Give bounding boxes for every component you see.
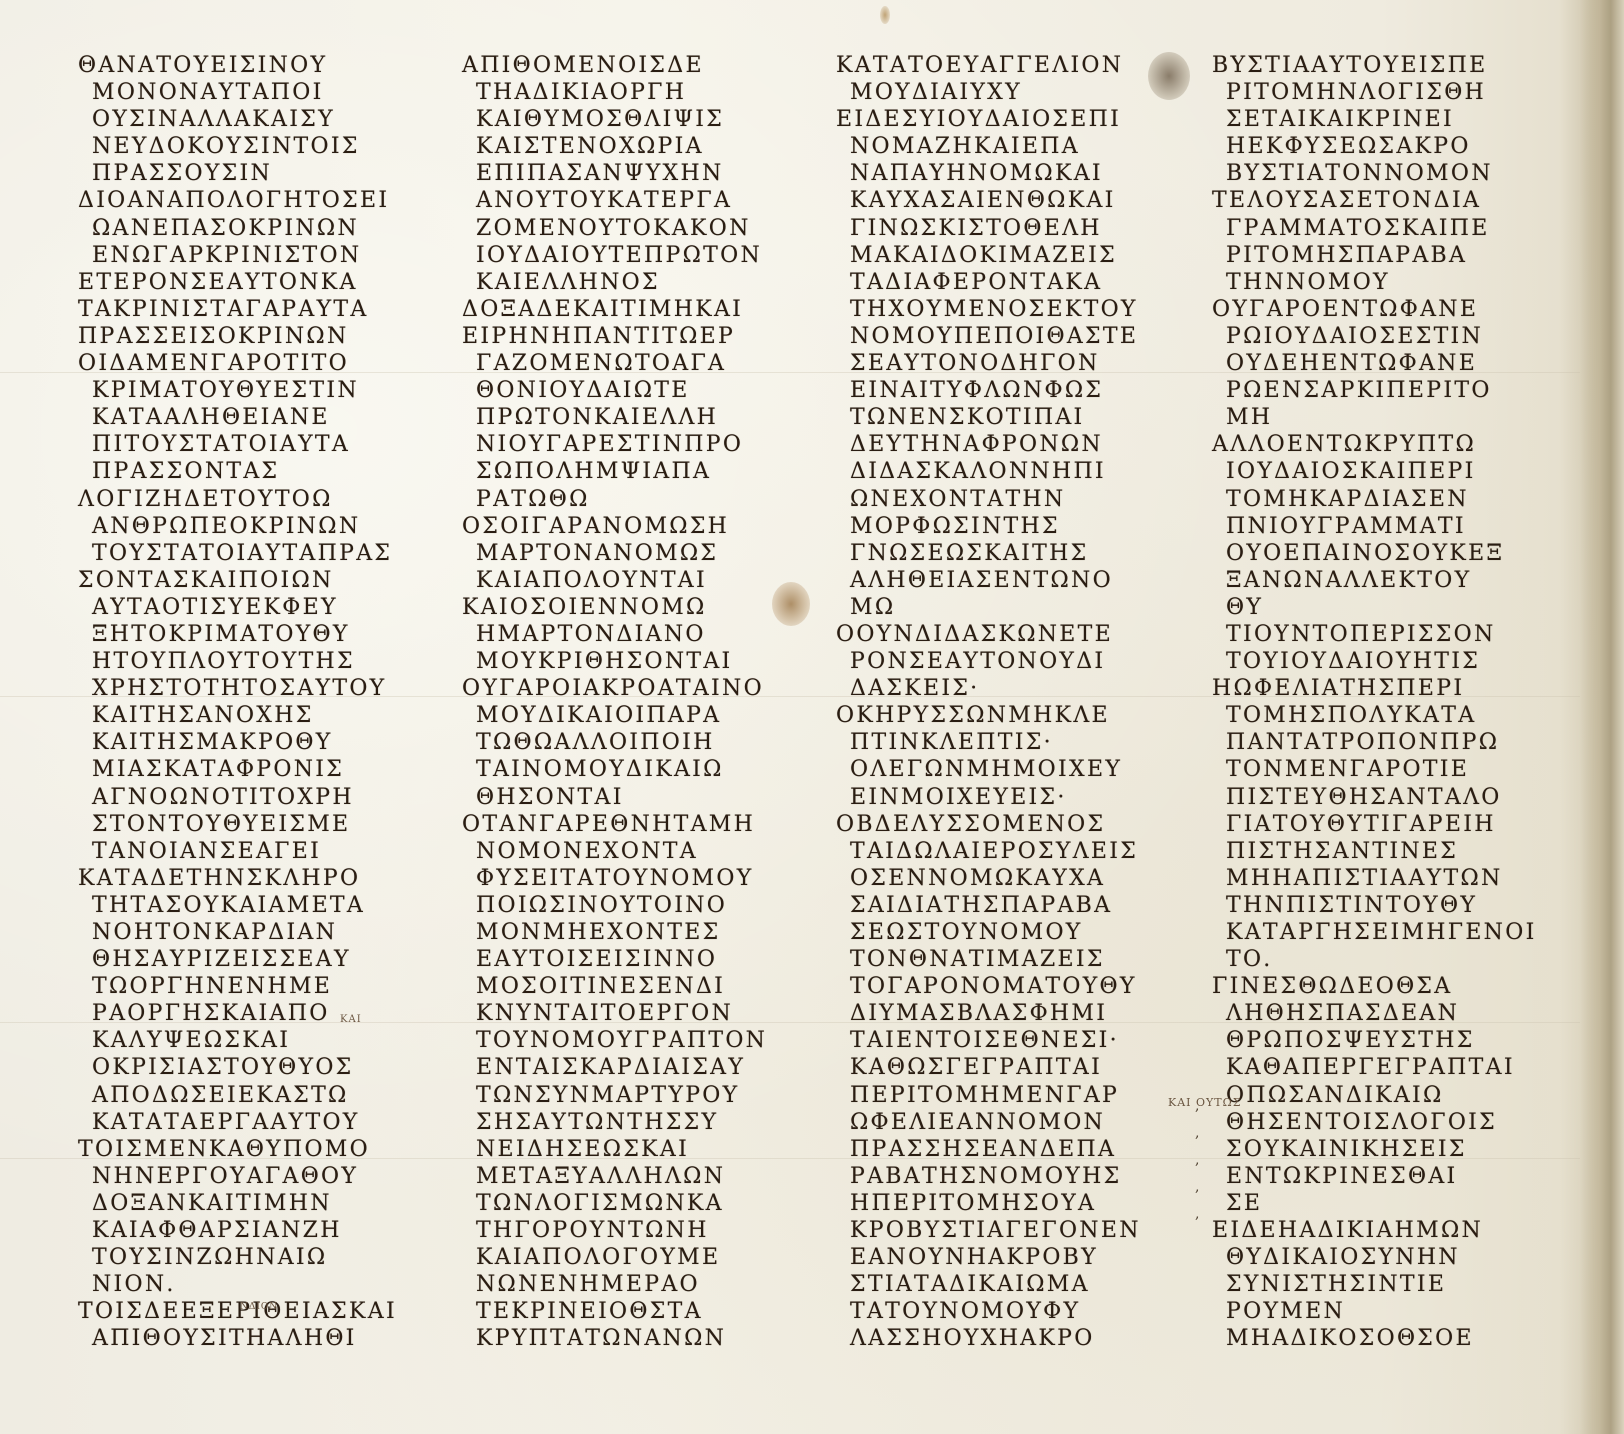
manuscript-line: ΚΑΤΑΤΑΕΡΓΑΑΥΤΟΥ bbox=[78, 1109, 397, 1136]
manuscript-line: ΡΩΙΟΥΔΑΙΟΣΕΣΤΙΝ bbox=[1212, 323, 1537, 350]
manuscript-line: ΔΑΣΚΕΙΣ· bbox=[836, 675, 1141, 702]
quotation-mark: , bbox=[1195, 1179, 1199, 1195]
manuscript-line: ΓΙΝΩΣΚΙΣΤΟΘΕΛΗ bbox=[836, 215, 1141, 242]
manuscript-line: ΛΟΓΙΖΗΔΕΤΟΥΤΟΩ bbox=[78, 486, 397, 513]
manuscript-line: ΤΟΥΙΟΥΔΑΙΟΥΗΤΙΣ bbox=[1212, 648, 1537, 675]
manuscript-line: ΒΥΣΤΙΑΤΟΝΝΟΜΟΝ bbox=[1212, 160, 1537, 187]
manuscript-line: ΞΑΝΩΝΑΛΛΕΚΤΟΥ bbox=[1212, 567, 1537, 594]
manuscript-line: ΧΡΗΣΤΟΤΗΤΟΣΑΥΤΟΥ bbox=[78, 675, 397, 702]
manuscript-line: ΜΟΝΟΝΑΥΤΑΠΟΙ bbox=[78, 79, 397, 106]
manuscript-line: ΣΕΩΣΤΟΥΝΟΜΟΥ bbox=[836, 919, 1141, 946]
manuscript-line: ΚΑΙΟΣΟΙΕΝΝΟΜΩ bbox=[462, 594, 767, 621]
manuscript-line: ΚΡΟΒΥΣΤΙΑΓΕΓΟΝΕΝ bbox=[836, 1217, 1141, 1244]
manuscript-line: ΘΑΝΑΤΟΥΕΙΣΙΝΟΥ bbox=[78, 52, 397, 79]
manuscript-line: ΕΝΩΓΑΡΚΡΙΝΙΣΤΟΝ bbox=[78, 242, 397, 269]
manuscript-line: ΤΟ. bbox=[1212, 946, 1537, 973]
manuscript-line: ΚΑΤΑΔΕΤΗΝΣΚΛΗΡΟ bbox=[78, 865, 397, 892]
manuscript-line: ΣΤΙΑΤΑΔΙΚΑΙΩΜΑ bbox=[836, 1271, 1141, 1298]
manuscript-line: ΟΒΔΕΛΥΣΣΟΜΕΝΟΣ bbox=[836, 811, 1141, 838]
manuscript-line: ΘΥΔΙΚΑΙΟΣΥΝΗΝ bbox=[1212, 1244, 1537, 1271]
manuscript-line: ΘΗΣΟΝΤΑΙ bbox=[462, 784, 767, 811]
manuscript-line: ΟΙΔΑΜΕΝΓΑΡΟΤΙΤΟ bbox=[78, 350, 397, 377]
manuscript-line: ΠΡΑΣΣΟΥΣΙΝ bbox=[78, 160, 397, 187]
manuscript-line: ΔΙΥΜΑΣΒΛΑΣΦΗΜΙ bbox=[836, 1000, 1141, 1027]
manuscript-line: ΕΙΝΜΟΙΧΕΥΕΙΣ· bbox=[836, 784, 1141, 811]
manuscript-line: ΜΟΡΦΩΣΙΝΤΗΣ bbox=[836, 513, 1141, 540]
manuscript-line: ΦΥΣΕΙΤΑΤΟΥΝΟΜΟΥ bbox=[462, 865, 767, 892]
manuscript-line: ΚΑΘΑΠΕΡΓΕΓΡΑΠΤΑΙ bbox=[1212, 1054, 1537, 1081]
manuscript-line: ΗΕΚΦΥΣΕΩΣΑΚΡΟ bbox=[1212, 133, 1537, 160]
quotation-mark: , bbox=[1195, 1125, 1199, 1141]
manuscript-line: ΤΕΛΟΥΣΑΣΕΤΟΝΔΙΑ bbox=[1212, 187, 1537, 214]
manuscript-line: ΑΠΙΘΟΜΕΝΟΙΣΔΕ bbox=[462, 52, 767, 79]
manuscript-line: ΜΩ bbox=[836, 594, 1141, 621]
manuscript-line: ΡΙΤΟΜΗΣΠΑΡΑΒΑ bbox=[1212, 242, 1537, 269]
manuscript-line: ΤΗΝΠΙΣΤΙΝΤΟΥΘΥ bbox=[1212, 892, 1537, 919]
manuscript-line: ΤΗΧΟΥΜΕΝΟΣΕΚΤΟΥ bbox=[836, 296, 1141, 323]
manuscript-line: ΠΡΩΤΟΝΚΑΙΕΛΛΗ bbox=[462, 404, 767, 431]
manuscript-line: ΠΡΑΣΣΕΙΣΟΚΡΙΝΩΝ bbox=[78, 323, 397, 350]
manuscript-line: ΡΑΤΩΘΩ bbox=[462, 486, 767, 513]
manuscript-line: ΕΝΤΑΙΣΚΑΡΔΙΑΙΣΑΥ bbox=[462, 1054, 767, 1081]
manuscript-line: ΑΛΗΘΕΙΑΣΕΝΤΩΝΟ bbox=[836, 567, 1141, 594]
manuscript-line: ΤΟΝΜΕΝΓΑΡΟΤΙΕ bbox=[1212, 756, 1537, 783]
manuscript-line: ΤΟΙΣΔΕΕΞΕΡΙΘΕΙΑΣΚΑΙ bbox=[78, 1298, 397, 1325]
manuscript-line: ΤΟΙΣΜΕΝΚΑΘΥΠΟΜΟ bbox=[78, 1136, 397, 1163]
manuscript-line: ΤΑΤΟΥΝΟΜΟΥΦΥ bbox=[836, 1298, 1141, 1325]
manuscript-line: ΠΕΡΙΤΟΜΗΜΕΝΓΑΡ bbox=[836, 1082, 1141, 1109]
manuscript-line: ΘΡΩΠΟΣΨΕΥΣΤΗΣ bbox=[1212, 1027, 1537, 1054]
manuscript-line: ΩΑΝΕΠΑΣΟΚΡΙΝΩΝ bbox=[78, 215, 397, 242]
manuscript-line: ΤΟΥΣΙΝΖΩΗΝΑΙΩ bbox=[78, 1244, 397, 1271]
manuscript-line: ΗΠΕΡΙΤΟΜΗΣΟΥΑ bbox=[836, 1190, 1141, 1217]
manuscript-line: ΚΑΙΤΗΣΜΑΚΡΟΘΥ bbox=[78, 729, 397, 756]
manuscript-line: ΖΟΜΕΝΟΥΤΟΚΑΚΟΝ bbox=[462, 215, 767, 242]
manuscript-line: ΘΥ bbox=[1212, 594, 1537, 621]
manuscript-line: ΓΙΑΤΟΥΘΥΤΙΓΑΡΕΙΗ bbox=[1212, 811, 1537, 838]
manuscript-line: ΟΚΡΙΣΙΑΣΤΟΥΘΥΟΣ bbox=[78, 1054, 397, 1081]
manuscript-line: ΣΩΠΟΛΗΜΨΙΑΠΑ bbox=[462, 458, 767, 485]
manuscript-line: ΣΑΙΔΙΑΤΗΣΠΑΡΑΒΑ bbox=[836, 892, 1141, 919]
manuscript-line: ΝΑΠΑΥΗΝΟΜΩΚΑΙ bbox=[836, 160, 1141, 187]
manuscript-line: ΜΟΥΚΡΙΘΗΣΟΝΤΑΙ bbox=[462, 648, 767, 675]
manuscript-line: ΣΟΥΚΑΙΝΙΚΗΣΕΙΣ bbox=[1212, 1136, 1537, 1163]
manuscript-line: ΑΝΟΥΤΟΥΚΑΤΕΡΓΑ bbox=[462, 187, 767, 214]
manuscript-line: ΝΙΟΝ. bbox=[78, 1271, 397, 1298]
manuscript-line: ΟΥΔΕΗΕΝΤΩΦΑΝΕ bbox=[1212, 350, 1537, 377]
manuscript-line: ΟΤΑΝΓΑΡΕΘΝΗΤΑΜΗ bbox=[462, 811, 767, 838]
text-column-4: ΒΥΣΤΙΑΑΥΤΟΥΕΙΣΠΕΡΙΤΟΜΗΝΛΟΓΙΣΘΗΣΕΤΑΙΚΑΙΚΡ… bbox=[1212, 52, 1537, 1353]
manuscript-line: ΔΕΥΤΗΝΑΦΡΟΝΩΝ bbox=[836, 431, 1141, 458]
manuscript-line: ΝΟΜΑΖΗΚΑΙΕΠΑ bbox=[836, 133, 1141, 160]
manuscript-line: ΤΟΥΝΟΜΟΥΓΡΑΠΤΟΝ bbox=[462, 1027, 767, 1054]
manuscript-line: ΑΛΛΟΕΝΤΩΚΡΥΠΤΩ bbox=[1212, 431, 1537, 458]
manuscript-line: ΝΕΥΔΟΚΟΥΣΙΝΤΟΙΣ bbox=[78, 133, 397, 160]
manuscript-line: ΜΟΝΜΗΕΧΟΝΤΕΣ bbox=[462, 919, 767, 946]
manuscript-line: ΡΑΒΑΤΗΣΝΟΜΟΥΗΣ bbox=[836, 1163, 1141, 1190]
manuscript-line: ΝΗΝΕΡΓΟΥΑΓΑΘΟΥ bbox=[78, 1163, 397, 1190]
manuscript-line: ΟΣΟΙΓΑΡΑΝΟΜΩΣΗ bbox=[462, 513, 767, 540]
manuscript-line: ΒΥΣΤΙΑΑΥΤΟΥΕΙΣΠΕ bbox=[1212, 52, 1537, 79]
manuscript-line: ΘΗΣΑΥΡΙΖΕΙΣΣΕΑΥ bbox=[78, 946, 397, 973]
manuscript-line: ΝΙΟΥΓΑΡΕΣΤΙΝΠΡΟ bbox=[462, 431, 767, 458]
marginal-note: ΚΑΙ ΟΥΤΩΣ bbox=[1168, 1096, 1242, 1109]
manuscript-line: ΟΠΩΣΑΝΔΙΚΑΙΩ bbox=[1212, 1082, 1537, 1109]
manuscript-line: ΚΑΤΑΤΟΕΥΑΓΓΕΛΙΟΝ bbox=[836, 52, 1141, 79]
manuscript-line: ΕΙΔΕΗΑΔΙΚΙΑΗΜΩΝ bbox=[1212, 1217, 1537, 1244]
manuscript-line: ΤΗΤΑΣΟΥΚΑΙΑΜΕΤΑ bbox=[78, 892, 397, 919]
manuscript-line: ΠΝΙΟΥΓΡΑΜΜΑΤΙ bbox=[1212, 513, 1537, 540]
manuscript-line: ΠΤΙΝΚΛΕΠΤΙΣ· bbox=[836, 729, 1141, 756]
manuscript-line: ΝΕΙΔΗΣΕΩΣΚΑΙ bbox=[462, 1136, 767, 1163]
manuscript-line: ΤΟΜΗΚΑΡΔΙΑΣΕΝ bbox=[1212, 486, 1537, 513]
manuscript-line: ΚΑΥΧΑΣΑΙΕΝΘΩΚΑΙ bbox=[836, 187, 1141, 214]
manuscript-line: ΠΡΑΣΣΟΝΤΑΣ bbox=[78, 458, 397, 485]
manuscript-line: ΚΑΛΥΨΕΩΣΚΑΙ bbox=[78, 1027, 397, 1054]
manuscript-line: ΤΩΟΡΓΗΝΕΝΗΜΕ bbox=[78, 973, 397, 1000]
manuscript-line: ΠΙΣΤΕΥΘΗΣΑΝΤΑΛΟ bbox=[1212, 784, 1537, 811]
manuscript-line: ΜΟΥΔΙΑΙΥΧΥ bbox=[836, 79, 1141, 106]
manuscript-line: ΤΟΝΘΝΑΤΙΜΑΖΕΙΣ bbox=[836, 946, 1141, 973]
manuscript-line: ΣΕ bbox=[1212, 1190, 1537, 1217]
manuscript-line: ΣΗΣΑΥΤΩΝΤΗΣΣΥ bbox=[462, 1109, 767, 1136]
manuscript-line: ΑΥΤΑΟΤΙΣΥΕΚΦΕΥ bbox=[78, 594, 397, 621]
manuscript-line: ΚΑΘΩΣΓΕΓΡΑΠΤΑΙ bbox=[836, 1054, 1141, 1081]
manuscript-line: ΤΑΔΙΑΦΕΡΟΝΤΑΚΑ bbox=[836, 269, 1141, 296]
manuscript-line: ΟΣΕΝΝΟΜΩΚΑΥΧΑ bbox=[836, 865, 1141, 892]
manuscript-line: ΕΙΝΑΙΤΥΦΛΩΝΦΩΣ bbox=[836, 377, 1141, 404]
manuscript-line: ΚΡΥΠΤΑΤΩΝΑΝΩΝ bbox=[462, 1325, 767, 1352]
manuscript-line: ΝΟΗΤΟΝΚΑΡΔΙΑΝ bbox=[78, 919, 397, 946]
manuscript-line: ΟΥΓΑΡΟΕΝΤΩΦΑΝΕ bbox=[1212, 296, 1537, 323]
manuscript-line: ΜΑΡΤΟΝΑΝΟΜΩΣ bbox=[462, 540, 767, 567]
manuscript-line: ΘΟΝΙΟΥΔΑΙΩΤΕ bbox=[462, 377, 767, 404]
manuscript-line: ΑΠΙΘΟΥΣΙΤΗΑΛΗΘΙ bbox=[78, 1325, 397, 1352]
manuscript-line: ΣΕΤΑΙΚΑΙΚΡΙΝΕΙ bbox=[1212, 106, 1537, 133]
interlinear-correction: ΚΑΙ bbox=[340, 1014, 362, 1025]
manuscript-line: ΘΗΣΕΝΤΟΙΣΛΟΓΟΙΣ bbox=[1212, 1109, 1537, 1136]
manuscript-line: ΔΟΞΑΝΚΑΙΤΙΜΗΝ bbox=[78, 1190, 397, 1217]
manuscript-line: ΞΗΤΟΚΡΙΜΑΤΟΥΘΥ bbox=[78, 621, 397, 648]
manuscript-line: ΕΤΕΡΟΝΣΕΑΥΤΟΝΚΑ bbox=[78, 269, 397, 296]
manuscript-line: ΓΙΝΕΣΘΩΔΕΟΘΣΑ bbox=[1212, 973, 1537, 1000]
manuscript-line: ΣΕΑΥΤΟΝΟΔΗΓΟΝ bbox=[836, 350, 1141, 377]
manuscript-line: ΚΝΥΝΤΑΙΤΟΕΡΓΟΝ bbox=[462, 1000, 767, 1027]
stain-mark bbox=[772, 582, 810, 626]
manuscript-line: ΟΥΟΕΠΑΙΝΟΣΟΥΚΕΞ bbox=[1212, 540, 1537, 567]
manuscript-line: ΜΗΑΔΙΚΟΣΟΘΣΟΕ bbox=[1212, 1325, 1537, 1352]
manuscript-line: ΚΑΙΑΠΟΛΟΓΟΥΜΕ bbox=[462, 1244, 767, 1271]
manuscript-line: ΗΜΑΡΤΟΝΔΙΑΝΟ bbox=[462, 621, 767, 648]
manuscript-line: ΝΟΜΟΝΕΧΟΝΤΑ bbox=[462, 838, 767, 865]
manuscript-line: ΚΑΙΤΗΣΑΝΟΧΗΣ bbox=[78, 702, 397, 729]
manuscript-line: ΤΩΝΣΥΝΜΑΡΤΥΡΟΥ bbox=[462, 1082, 767, 1109]
manuscript-line: ΜΑΚΑΙΔΟΚΙΜΑΖΕΙΣ bbox=[836, 242, 1141, 269]
manuscript-line: ΠΟΙΩΣΙΝΟΥΤΟΙΝΟ bbox=[462, 892, 767, 919]
manuscript-line: ΚΑΙΕΛΛΗΝΟΣ bbox=[462, 269, 767, 296]
stain-mark bbox=[880, 6, 890, 24]
binding-gutter bbox=[1580, 0, 1624, 1434]
quotation-mark: , bbox=[1195, 1098, 1199, 1114]
manuscript-line: ΔΙΔΑΣΚΑΛΟΝΝΗΠΙ bbox=[836, 458, 1141, 485]
manuscript-line: ΙΟΥΔΑΙΟΣΚΑΙΠΕΡΙ bbox=[1212, 458, 1537, 485]
manuscript-line: ΑΓΝΟΩΝΟΤΙΤΟΧΡΗ bbox=[78, 784, 397, 811]
manuscript-line: ΟΚΗΡΥΣΣΩΝΜΗΚΛΕ bbox=[836, 702, 1141, 729]
manuscript-line: ΤΗΓΟΡΟΥΝΤΩΝΗ bbox=[462, 1217, 767, 1244]
manuscript-line: ΙΟΥΔΑΙΟΥΤΕΠΡΩΤΟΝ bbox=[462, 242, 767, 269]
manuscript-line: ΗΩΦΕΛΙΑΤΗΣΠΕΡΙ bbox=[1212, 675, 1537, 702]
quotation-mark: , bbox=[1195, 1206, 1199, 1222]
text-column-3: ΚΑΤΑΤΟΕΥΑΓΓΕΛΙΟΝΜΟΥΔΙΑΙΥΧΥΕΙΔΕΣΥΙΟΥΔΑΙΟΣ… bbox=[836, 52, 1141, 1353]
manuscript-line: ΚΑΙΑΦΘΑΡΣΙΑΝΖΗ bbox=[78, 1217, 397, 1244]
manuscript-line: ΤΗΑΔΙΚΙΑΟΡΓΗ bbox=[462, 79, 767, 106]
manuscript-line: ΜΗ bbox=[1212, 404, 1537, 431]
manuscript-line: ΟΥΓΑΡΟΙΑΚΡΟΑΤΑΙΝΟ bbox=[462, 675, 767, 702]
manuscript-line: ΔΙΟΑΝΑΠΟΛΟΓΗΤΟΣΕΙ bbox=[78, 187, 397, 214]
manuscript-line: ΡΩΕΝΣΑΡΚΙΠΕΡΙΤΟ bbox=[1212, 377, 1537, 404]
manuscript-line: ΚΑΙΑΠΟΛΟΥΝΤΑΙ bbox=[462, 567, 767, 594]
manuscript-line: ΠΑΝΤΑΤΡΟΠΟΝΠΡΩ bbox=[1212, 729, 1537, 756]
manuscript-line: ΤΑΙΕΝΤΟΙΣΕΘΝΕΣΙ· bbox=[836, 1027, 1141, 1054]
manuscript-line: ΠΙΤΟΥΣΤΑΤΟΙΑΥΤΑ bbox=[78, 431, 397, 458]
manuscript-line: ΩΝΕΧΟΝΤΑΤΗΝ bbox=[836, 486, 1141, 513]
quotation-mark: , bbox=[1195, 1152, 1199, 1168]
manuscript-line: ΚΑΤΑΑΛΗΘΕΙΑΝΕ bbox=[78, 404, 397, 431]
manuscript-line: ΟΥΣΙΝΑΛΛΑΚΑΙΣΥ bbox=[78, 106, 397, 133]
manuscript-line: ΗΤΟΥΠΛΟΥΤΟΥΤΗΣ bbox=[78, 648, 397, 675]
manuscript-line: ΟΛΕΓΩΝΜΗΜΟΙΧΕΥ bbox=[836, 756, 1141, 783]
manuscript-line: ΕΝΤΩΚΡΙΝΕΣΘΑΙ bbox=[1212, 1163, 1537, 1190]
manuscript-line: ΕΙΡΗΝΗΠΑΝΤΙΤΩΕΡ bbox=[462, 323, 767, 350]
manuscript-line: ΡΟΝΣΕΑΥΤΟΝΟΥΔΙ bbox=[836, 648, 1141, 675]
text-column-1: ΘΑΝΑΤΟΥΕΙΣΙΝΟΥΜΟΝΟΝΑΥΤΑΠΟΙΟΥΣΙΝΑΛΛΑΚΑΙΣΥ… bbox=[78, 52, 397, 1353]
manuscript-line: ΤΩΝΛΟΓΙΣΜΩΝΚΑ bbox=[462, 1190, 767, 1217]
manuscript-line: ΤΗΝΝΟΜΟΥ bbox=[1212, 269, 1537, 296]
manuscript-line: ΝΟΜΟΥΠΕΠΟΙΘΑΣΤΕ bbox=[836, 323, 1141, 350]
manuscript-line: ΟΟΥΝΔΙΔΑΣΚΩΝΕΤΕ bbox=[836, 621, 1141, 648]
manuscript-line: ΤΟΓΑΡΟΝΟΜΑΤΟΥΘΥ bbox=[836, 973, 1141, 1000]
manuscript-line: ΓΝΩΣΕΩΣΚΑΙΤΗΣ bbox=[836, 540, 1141, 567]
manuscript-line: ΜΗΗΑΠΙΣΤΙΑΑΥΤΩΝ bbox=[1212, 865, 1537, 892]
interlinear-correction: ΝΔΙΟΝ bbox=[240, 1302, 278, 1312]
manuscript-line: ΑΝΘΡΩΠΕΟΚΡΙΝΩΝ bbox=[78, 513, 397, 540]
manuscript-line: ΚΑΙΘΥΜΟΣΘΛΙΨΙΣ bbox=[462, 106, 767, 133]
manuscript-line: ΑΠΟΔΩΣΕΙΕΚΑΣΤΩ bbox=[78, 1082, 397, 1109]
manuscript-line: ΚΑΤΑΡΓΗΣΕΙΜΗΓΕΝΟΙ bbox=[1212, 919, 1537, 946]
manuscript-line: ΜΕΤΑΞΥΑΛΛΗΛΩΝ bbox=[462, 1163, 767, 1190]
manuscript-line: ΤΩΘΩΑΛΛΟΙΠΟΙΗ bbox=[462, 729, 767, 756]
manuscript-line: ΤΑΙΔΩΛΑΙΕΡΟΣΥΛΕΙΣ bbox=[836, 838, 1141, 865]
manuscript-line: ΜΟΣΟΙΤΙΝΕΣΕΝΔΙ bbox=[462, 973, 767, 1000]
manuscript-line: ΣΟΝΤΑΣΚΑΙΠΟΙΩΝ bbox=[78, 567, 397, 594]
manuscript-line: ΤΙΟΥΝΤΟΠΕΡΙΣΣΟΝ bbox=[1212, 621, 1537, 648]
stain-mark bbox=[1148, 52, 1190, 100]
manuscript-line: ΛΑΣΣΗΟΥΧΗΑΚΡΟ bbox=[836, 1325, 1141, 1352]
manuscript-line: ΓΡΑΜΜΑΤΟΣΚΑΙΠΕ bbox=[1212, 215, 1537, 242]
manuscript-line: ΜΟΥΔΙΚΑΙΟΙΠΑΡΑ bbox=[462, 702, 767, 729]
manuscript-line: ΤΟΥΣΤΑΤΟΙΑΥΤΑΠΡΑΣ bbox=[78, 540, 397, 567]
manuscript-line: ΓΑΖΟΜΕΝΩΤΟΑΓΑ bbox=[462, 350, 767, 377]
manuscript-line: ΠΡΑΣΣΗΣΕΑΝΔΕΠΑ bbox=[836, 1136, 1141, 1163]
manuscript-line: ΚΡΙΜΑΤΟΥΘΥΕΣΤΙΝ bbox=[78, 377, 397, 404]
manuscript-line: ΔΟΞΑΔΕΚΑΙΤΙΜΗΚΑΙ bbox=[462, 296, 767, 323]
manuscript-line: ΣΤΟΝΤΟΥΘΥΕΙΣΜΕ bbox=[78, 811, 397, 838]
manuscript-line: ΡΟΥΜΕΝ bbox=[1212, 1298, 1537, 1325]
text-column-2: ΑΠΙΘΟΜΕΝΟΙΣΔΕΤΗΑΔΙΚΙΑΟΡΓΗΚΑΙΘΥΜΟΣΘΛΙΨΙΣΚ… bbox=[462, 52, 767, 1353]
manuscript-line: ΜΙΑΣΚΑΤΑΦΡΟΝΙΣ bbox=[78, 756, 397, 783]
manuscript-line: ΡΙΤΟΜΗΝΛΟΓΙΣΘΗ bbox=[1212, 79, 1537, 106]
manuscript-line: ΤΑΚΡΙΝΙΣΤΑΓΑΡΑΥΤΑ bbox=[78, 296, 397, 323]
manuscript-line: ΕΠΙΠΑΣΑΝΨΥΧΗΝ bbox=[462, 160, 767, 187]
manuscript-line: ΣΥΝΙΣΤΗΣΙΝΤΙΕ bbox=[1212, 1271, 1537, 1298]
manuscript-folio: ΘΑΝΑΤΟΥΕΙΣΙΝΟΥΜΟΝΟΝΑΥΤΑΠΟΙΟΥΣΙΝΑΛΛΑΚΑΙΣΥ… bbox=[0, 0, 1624, 1434]
manuscript-line: ΕΑΝΟΥΝΗΑΚΡΟΒΥ bbox=[836, 1244, 1141, 1271]
manuscript-line: ΕΑΥΤΟΙΣΕΙΣΙΝΝΟ bbox=[462, 946, 767, 973]
manuscript-line: ΚΑΙΣΤΕΝΟΧΩΡΙΑ bbox=[462, 133, 767, 160]
manuscript-line: ΤΕΚΡΙΝΕΙΟΘΣΤΑ bbox=[462, 1298, 767, 1325]
manuscript-line: ΠΙΣΤΗΣΑΝΤΙΝΕΣ bbox=[1212, 838, 1537, 865]
manuscript-line: ΤΑΙΝΟΜΟΥΔΙΚΑΙΩ bbox=[462, 756, 767, 783]
manuscript-line: ΕΙΔΕΣΥΙΟΥΔΑΙΟΣΕΠΙ bbox=[836, 106, 1141, 133]
manuscript-line: ΝΩΝΕΝΗΜΕΡΑΟ bbox=[462, 1271, 767, 1298]
manuscript-line: ΩΦΕΛΙΕΑΝΝΟΜΟΝ bbox=[836, 1109, 1141, 1136]
manuscript-line: ΤΟΜΗΣΠΟΛΥΚΑΤΑ bbox=[1212, 702, 1537, 729]
manuscript-line: ΛΗΘΗΣΠΑΣΔΕΑΝ bbox=[1212, 1000, 1537, 1027]
manuscript-line: ΤΩΝΕΝΣΚΟΤΙΠΑΙ bbox=[836, 404, 1141, 431]
manuscript-line: ΤΑΝΟΙΑΝΣΕΑΓΕΙ bbox=[78, 838, 397, 865]
